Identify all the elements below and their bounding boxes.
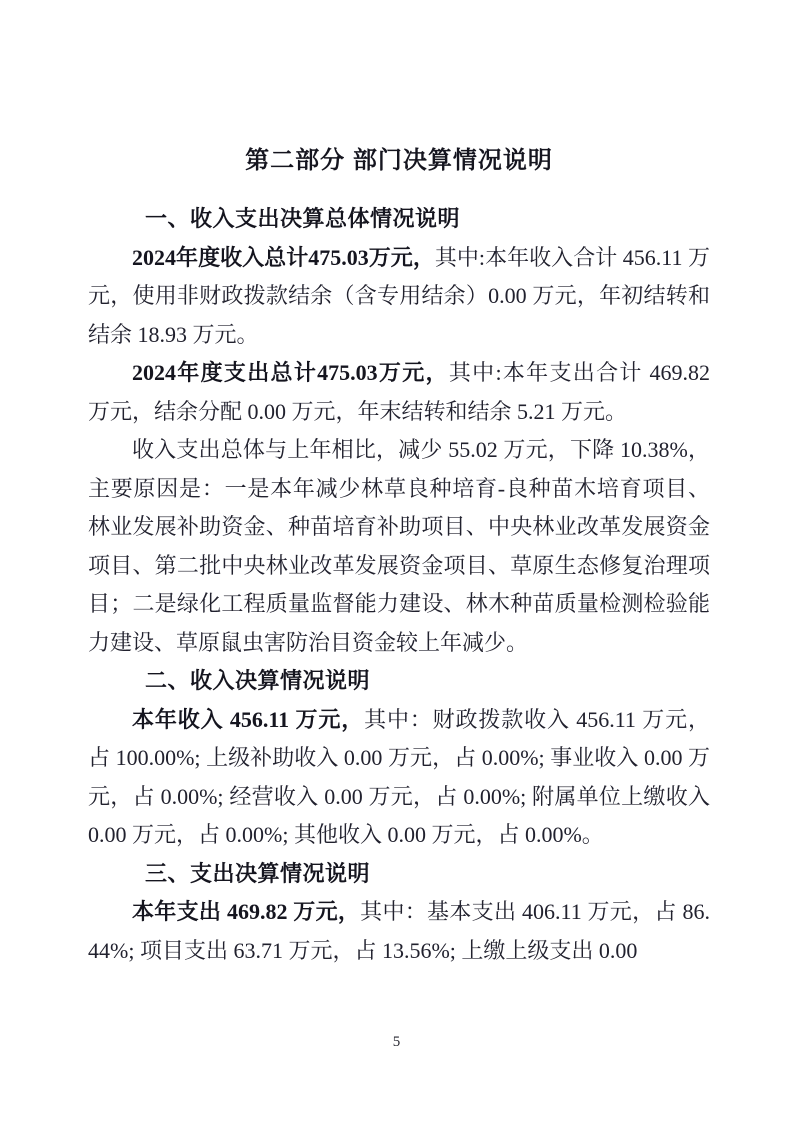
section-2-paragraph-1: 本年收入 456.11 万元，其中：财政拨款收入 456.11 万元，占 100… — [88, 701, 710, 855]
section-1-heading: 一、收入支出决算总体情况说明 — [88, 200, 710, 239]
document-page: 第二部分 部门决算情况说明 一、收入支出决算总体情况说明 2024年度收入总计4… — [0, 0, 793, 1122]
section-1-paragraph-3: 收入支出总体与上年相比，减少 55.02 万元，下降 10.38%，主要原因是：… — [88, 431, 710, 662]
paragraph-text: 收入支出总体与上年相比，减少 55.02 万元，下降 10.38%，主要原因是：… — [88, 437, 710, 655]
paragraph-lead: 2024年度支出总计475.03万元， — [132, 360, 449, 385]
section-1-paragraph-1: 2024年度收入总计475.03万元，其中:本年收入合计 456.11 万元，使… — [88, 239, 710, 355]
page-title: 第二部分 部门决算情况说明 — [88, 146, 710, 176]
document-content: 第二部分 部门决算情况说明 一、收入支出决算总体情况说明 2024年度收入总计4… — [88, 146, 710, 970]
section-2-heading: 二、收入决算情况说明 — [88, 662, 710, 701]
page-number: 5 — [0, 1034, 793, 1051]
paragraph-lead: 本年收入 456.11 万元， — [132, 707, 364, 732]
paragraph-lead: 本年支出 469.82 万元， — [132, 899, 360, 924]
section-3-heading: 三、支出决算情况说明 — [88, 855, 710, 894]
section-3-paragraph-1: 本年支出 469.82 万元，其中：基本支出 406.11 万元，占 86.44… — [88, 893, 710, 970]
paragraph-lead: 2024年度收入总计475.03万元， — [132, 245, 435, 270]
section-1-paragraph-2: 2024年度支出总计475.03万元，其中:本年支出合计 469.82 万元，结… — [88, 354, 710, 431]
